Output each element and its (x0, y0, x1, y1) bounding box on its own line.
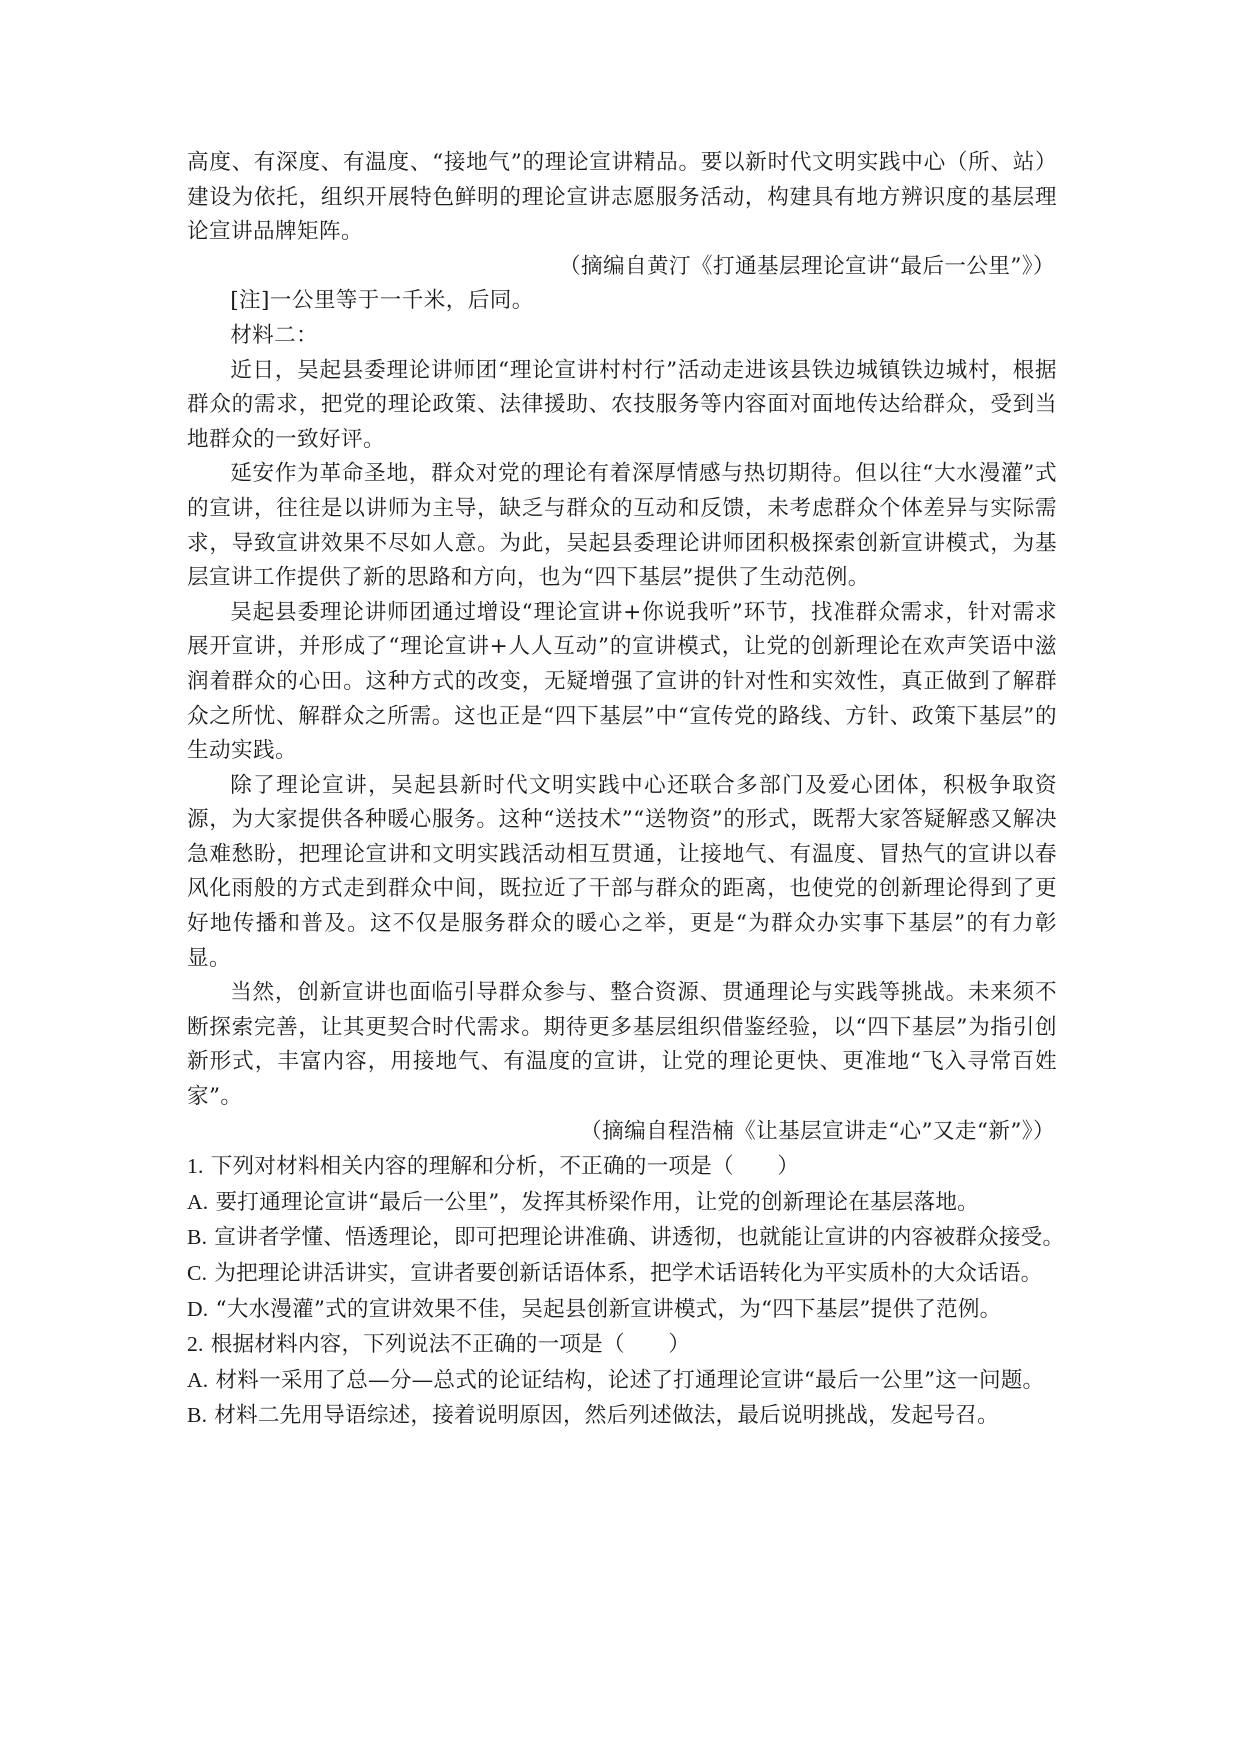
question-2: 2. 根据材料内容，下列说法不正确的一项是（ ） A. 材料一采用了总—分—总式… (187, 1327, 1057, 1434)
option-text: 要打通理论宣讲“最后一公里”，发挥其桥梁作用，让党的创新理论在基层落地。 (215, 1190, 978, 1215)
option-letter: D. (187, 1297, 208, 1321)
footnote-note: [注]一公里等于一千米，后同。 (187, 284, 1057, 319)
option-letter: B. (187, 1403, 207, 1427)
option-letter: B. (187, 1225, 207, 1249)
question-1-option-d: D. “大水漫灌”式的宣讲效果不佳，吴起县创新宣讲模式，为“四下基层”提供了范例… (187, 1292, 1057, 1328)
material2-source-citation: （摘编自程浩楠《让基层宣讲走“心”又走“新”》） (187, 1115, 1057, 1150)
option-text: “大水漫灌”式的宣讲效果不佳，吴起县创新宣讲模式，为“四下基层”提供了范例。 (215, 1297, 1001, 1322)
question-2-number: 2. (187, 1332, 204, 1356)
material2-paragraph-2: 延安作为革命圣地，群众对党的理论有着深厚情感与热切期待。但以往“大水漫灌”式的宣… (187, 457, 1057, 595)
material2-paragraph-3: 吴起县委理论讲师团通过增设“理论宣讲+你说我听”环节，找准群众需求，针对需求展开… (187, 596, 1057, 769)
question-1-option-b: B. 宣讲者学懂、悟透理论，即可把理论讲准确、讲透彻，也就能让宣讲的内容被群众接… (187, 1220, 1057, 1256)
question-2-option-a: A. 材料一采用了总—分—总式的论证结构，论述了打通理论宣讲“最后一公里”这一问… (187, 1363, 1057, 1399)
option-text: 材料一采用了总—分—总式的论证结构，论述了打通理论宣讲“最后一公里”这一问题。 (215, 1368, 1044, 1393)
question-1-option-c: C. 为把理论讲活讲实，宣讲者要创新话语体系，把学术话语转化为平实质朴的大众话语… (187, 1256, 1057, 1292)
material1-closing-paragraph: 高度、有深度、有温度、“接地气”的理论宣讲精品。要以新时代文明实践中心（所、站）… (187, 146, 1057, 250)
question-2-option-b: B. 材料二先用导语综述，接着说明原因，然后列述做法，最后说明挑战，发起号召。 (187, 1398, 1057, 1434)
question-1: 1. 下列对材料相关内容的理解和分析，不正确的一项是（ ） A. 要打通理论宣讲… (187, 1149, 1057, 1327)
option-text: 宣讲者学懂、悟透理论，即可把理论讲准确、讲透彻，也就能让宣讲的内容被群众接受。 (214, 1225, 1064, 1250)
question-1-stem: 1. 下列对材料相关内容的理解和分析，不正确的一项是（ ） (187, 1149, 1057, 1185)
material2-paragraph-4: 除了理论宣讲，吴起县新时代文明实践中心还联合多部门及爱心团体，积极争取资源，为大… (187, 769, 1057, 977)
option-text: 材料二先用导语综述，接着说明原因，然后列述做法，最后说明挑战，发起号召。 (214, 1403, 999, 1428)
question-2-stem: 2. 根据材料内容，下列说法不正确的一项是（ ） (187, 1327, 1057, 1363)
exam-page: 高度、有深度、有温度、“接地气”的理论宣讲精品。要以新时代文明实践中心（所、站）… (187, 146, 1057, 1434)
option-letter: A. (187, 1368, 208, 1392)
material1-source-citation: （摘编自黄汀《打通基层理论宣讲“最后一公里”》） (187, 250, 1057, 285)
question-1-number: 1. (187, 1154, 204, 1178)
material2-paragraph-1: 近日，吴起县委理论讲师团“理论宣讲村村行”活动走进该县铁边城镇铁边城村，根据群众… (187, 354, 1057, 458)
question-1-text: 下列对材料相关内容的理解和分析，不正确的一项是（ ） (211, 1154, 799, 1179)
material2-paragraph-5: 当然，创新宣讲也面临引导群众参与、整合资源、贯通理论与实践等挑战。未来须不断探索… (187, 976, 1057, 1114)
option-text: 为把理论讲活讲实，宣讲者要创新话语体系，把学术话语转化为平实质朴的大众话语。 (214, 1261, 1042, 1286)
question-2-text: 根据材料内容，下列说法不正确的一项是（ ） (211, 1332, 690, 1357)
question-1-option-a: A. 要打通理论宣讲“最后一公里”，发挥其桥梁作用，让党的创新理论在基层落地。 (187, 1185, 1057, 1221)
option-letter: A. (187, 1190, 208, 1214)
option-letter: C. (187, 1261, 207, 1285)
material2-label: 材料二： (187, 319, 1057, 354)
